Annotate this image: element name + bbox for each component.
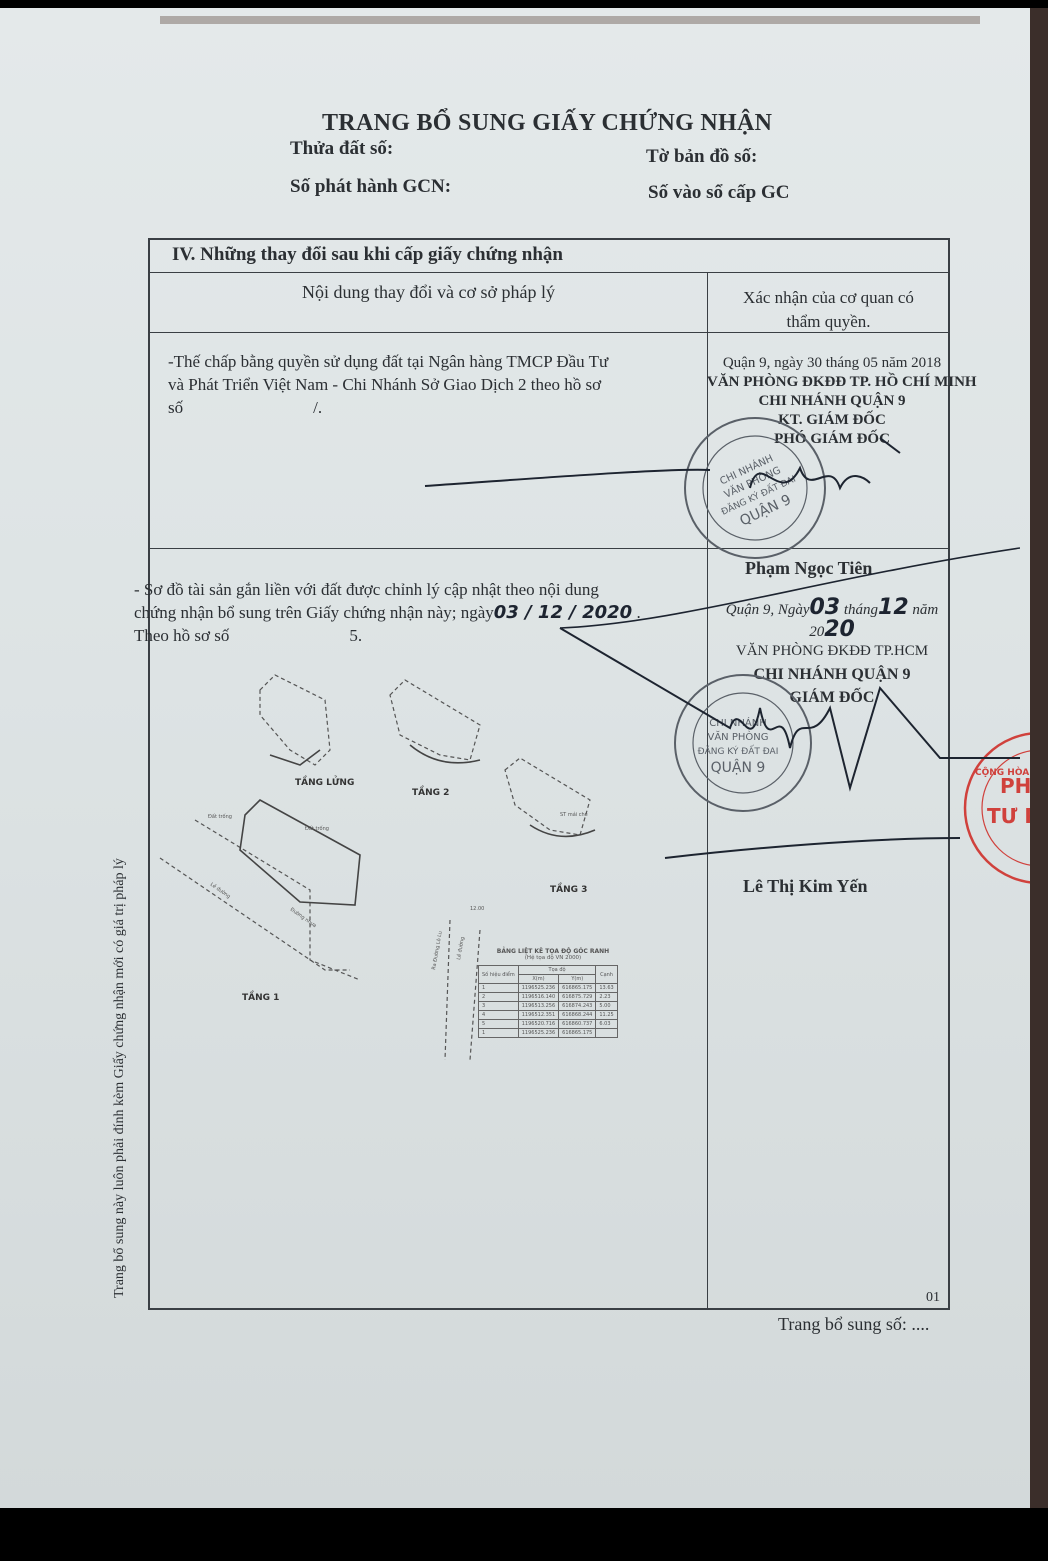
signatures (420, 428, 1020, 888)
coord-table-title: BẢNG LIỆT KÊ TỌA ĐỘ GÓC RANH (478, 948, 628, 955)
divider (150, 332, 948, 333)
side-note: Trang bổ sung này luôn phải đính kèm Giấ… (112, 858, 128, 1298)
entry-1-office: VĂN PHÒNG ĐKĐĐ TP. HỒ CHÍ MINH (707, 373, 957, 392)
thua-dat-label: Thửa đất số: (290, 138, 393, 160)
coord-table-grid: Số hiệu điểmTọa độCạnh X(m)Y(m) 11196525… (478, 965, 618, 1038)
svg-text:Ra Đường Lò Lu: Ra Đường Lò Lu (430, 930, 444, 970)
entry-1-content: -Thế chấp bằng quyền sử dụng đất tại Ngâ… (168, 350, 698, 419)
column-header-content: Nội dung thay đổi và cơ sở pháp lý (150, 280, 707, 304)
svg-text:Lề đường: Lề đường (454, 936, 466, 960)
footer-page-label: Trang bổ sung số: .... (778, 1314, 929, 1335)
coordinates-table: BẢNG LIỆT KÊ TỌA ĐỘ GÓC RANH (Hệ tọa độ … (478, 948, 628, 1038)
coord-row: 51196520.716616860.7376.03 (479, 1020, 618, 1029)
so-phat-hanh-label: Số phát hành GCN: (290, 176, 451, 198)
coord-row: 41196512.351616868.24411.25 (479, 1011, 618, 1020)
floor-label: TẦNG 1 (242, 990, 279, 1003)
divider (150, 272, 948, 273)
entry-1-line: và Phát Triển Việt Nam - Chi Nhánh Sở Gi… (168, 373, 698, 396)
so-vao-so-label: Số vào sổ cấp GC (648, 182, 789, 204)
page-shadow-edge (160, 16, 980, 24)
coord-row: 31196513.256616874.2435.00 (479, 1002, 618, 1011)
document-title: TRANG BỔ SUNG GIẤY CHỨNG NHẬN (322, 110, 772, 137)
svg-text:Đất trống: Đất trống (305, 825, 329, 832)
entry-1-line: -Thế chấp bằng quyền sử dụng đất tại Ngâ… (168, 350, 698, 373)
to-ban-do-label: Tờ bản đồ số: (646, 146, 757, 168)
svg-text:Đất trống: Đất trống (208, 813, 232, 820)
coord-row: 11196525.236616865.175 (479, 1029, 618, 1038)
section-title: IV. Những thay đổi sau khi cấp giấy chứn… (172, 244, 563, 266)
document-page: TRANG BỔ SUNG GIẤY CHỨNG NHẬN Thửa đất s… (0, 8, 1030, 1508)
column-header-confirm: Xác nhận của cơ quan có thẩm quyền. (707, 286, 950, 334)
svg-text:Lề đường: Lề đường (209, 880, 233, 900)
floor-label: TẦNG LỬNG (295, 775, 354, 788)
entry-1-date: Quận 9, ngày 30 tháng 05 năm 2018 (707, 354, 957, 373)
coord-row: 21196516.140616875.7292.23 (479, 993, 618, 1002)
entry-1-line: số/. (168, 396, 698, 419)
entry-1-branch: CHI NHÁNH QUẬN 9 (707, 392, 957, 411)
confirm-header-line1: Xác nhận của cơ quan có (707, 286, 950, 310)
background-edge (1030, 8, 1048, 1508)
page-number: 01 (926, 1290, 940, 1306)
coord-row: 11196525.236616865.17513.63 (479, 984, 618, 993)
svg-text:12.00: 12.00 (470, 906, 484, 912)
svg-text:Đường nhựa: Đường nhựa (289, 906, 318, 929)
confirm-header-line2: thẩm quyền. (707, 310, 950, 334)
coord-table-subtitle: (Hệ tọa độ VN 2000) (478, 955, 628, 961)
